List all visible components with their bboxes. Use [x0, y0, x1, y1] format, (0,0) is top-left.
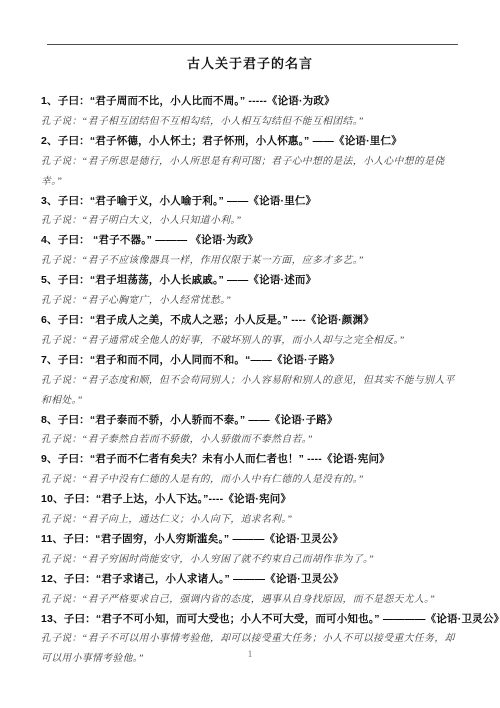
quote-text: 7、子曰：“君子和而不同，小人同而不和。“——《论语·子路》: [41, 351, 460, 371]
quote-item: 4、子曰： “君子不器。” ——— 《论语·为政》孔子说：“君子不应该像器具一样…: [41, 231, 460, 271]
quote-text: 9、子曰：“君子而不仁者有矣夫？未有小人而仁者也！” ----《论语·宪问》: [41, 450, 460, 470]
quote-item: 11、子曰：“君子固穷，小人穷斯滥矣。” ———《论语·卫灵公》孔子说：“君子穷…: [41, 530, 460, 570]
page-number: 1: [0, 650, 500, 660]
explanation-text: 孔子说：“君子明白大义，小人只知道小利。”: [41, 211, 460, 231]
explanation-text: 孔子说：“君子泰然自若而不骄傲，小人骄傲而不泰然自若。”: [41, 430, 460, 450]
quote-item: 1、子曰：“君子周而不比，小人比而不周。” -----《论语·为政》孔子说：“君…: [41, 92, 460, 132]
explanation-text: 孔子说：“君子态度和顺，但不会苟同别人；小人容易附和别人的意见，但其实不能与别人…: [41, 371, 460, 411]
quote-text: 12、子曰：“君子求诸己，小人求诸人。” ———《论语·卫灵公》: [41, 570, 460, 590]
quote-item: 7、子曰：“君子和而不同，小人同而不和。“——《论语·子路》孔子说：“君子态度和…: [41, 351, 460, 411]
header-rule: [47, 44, 458, 45]
quote-text: 10、子曰：“君子上达，小人下达。”----《论语·宪问》: [41, 490, 460, 510]
quote-text: 3、子曰：“君子喻于义，小人喻于利。” ——《论语·里仁》: [41, 192, 460, 212]
explanation-text: 孔子说：“君子心胸宽广，小人经常忧愁。”: [41, 291, 460, 311]
quote-item: 9、子曰：“君子而不仁者有矣夫？未有小人而仁者也！” ----《论语·宪问》孔子…: [41, 450, 460, 490]
quote-list: 1、子曰：“君子周而不比，小人比而不周。” -----《论语·为政》孔子说：“君…: [41, 92, 460, 669]
quote-text: 8、子曰：“君子泰而不骄，小人骄而不泰。” ——《论语·子路》: [41, 411, 460, 431]
explanation-text: 孔子说：“君子严格要求自己，强调内省的态度，遇事从自身找原因，而不是怨天尤人。”: [41, 590, 460, 610]
quote-text: 1、子曰：“君子周而不比，小人比而不周。” -----《论语·为政》: [41, 92, 460, 112]
quote-text: 6、子曰：“君子成人之美，不成人之恶；小人反是。” ----《论语·颜渊》: [41, 311, 460, 331]
quote-item: 6、子曰：“君子成人之美，不成人之恶；小人反是。” ----《论语·颜渊》孔子说…: [41, 311, 460, 351]
quote-text: 11、子曰：“君子固穷，小人穷斯滥矣。” ———《论语·卫灵公》: [41, 530, 460, 550]
explanation-text: 孔子说：“君子所思是德行，小人所思是有利可图；君子心中想的是法，小人心中想的是侥…: [41, 152, 460, 192]
quote-item: 13、子曰：“君子不可小知，而可大受也；小人不可大受，而可小知也。” ————《…: [41, 610, 460, 670]
explanation-text: 孔子说：“君子向上，通达仁义；小人向下，追求名利。”: [41, 510, 460, 530]
quote-text: 4、子曰： “君子不器。” ——— 《论语·为政》: [41, 231, 460, 251]
explanation-text: 孔子说：“君子穷困时尚能安守，小人穷困了就不约束自己而胡作非为了。”: [41, 550, 460, 570]
explanation-text: 孔子说：“君子相互团结但不互相勾结，小人相互勾结但不能互相团结。”: [41, 112, 460, 132]
quote-item: 3、子曰：“君子喻于义，小人喻于利。” ——《论语·里仁》孔子说：“君子明白大义…: [41, 192, 460, 232]
explanation-text: 孔子说：“君子不应该像器具一样，作用仅限于某一方面，应多才多艺。”: [41, 251, 460, 271]
quote-item: 8、子曰：“君子泰而不骄，小人骄而不泰。” ——《论语·子路》孔子说：“君子泰然…: [41, 411, 460, 451]
quote-item: 2、子曰：“君子怀德，小人怀土；君子怀刑，小人怀惠。” ——《论语·里仁》孔子说…: [41, 132, 460, 192]
document-page: 古人关于君子的名言 1、子曰：“君子周而不比，小人比而不周。” -----《论语…: [0, 0, 500, 708]
quote-item: 12、子曰：“君子求诸己，小人求诸人。” ———《论语·卫灵公》孔子说：“君子严…: [41, 570, 460, 610]
quote-item: 10、子曰：“君子上达，小人下达。”----《论语·宪问》孔子说：“君子向上，通…: [41, 490, 460, 530]
quote-text: 2、子曰：“君子怀德，小人怀土；君子怀刑，小人怀惠。” ——《论语·里仁》: [41, 132, 460, 152]
explanation-text: 孔子说：“君子中没有仁德的人是有的，而小人中有仁德的人是没有的。”: [41, 470, 460, 490]
quote-text: 13、子曰：“君子不可小知，而可大受也；小人不可大受，而可小知也。” ————《…: [41, 610, 460, 630]
explanation-text: 孔子说：“君子通常成全他人的好事，不破坏别人的事，而小人却与之完全相反。”: [41, 331, 460, 351]
page-title: 古人关于君子的名言: [0, 53, 500, 72]
quote-text: 5、子曰：“君子坦荡荡，小人长戚戚。” ——《论语·述而》: [41, 271, 460, 291]
quote-item: 5、子曰：“君子坦荡荡，小人长戚戚。” ——《论语·述而》孔子说：“君子心胸宽广…: [41, 271, 460, 311]
